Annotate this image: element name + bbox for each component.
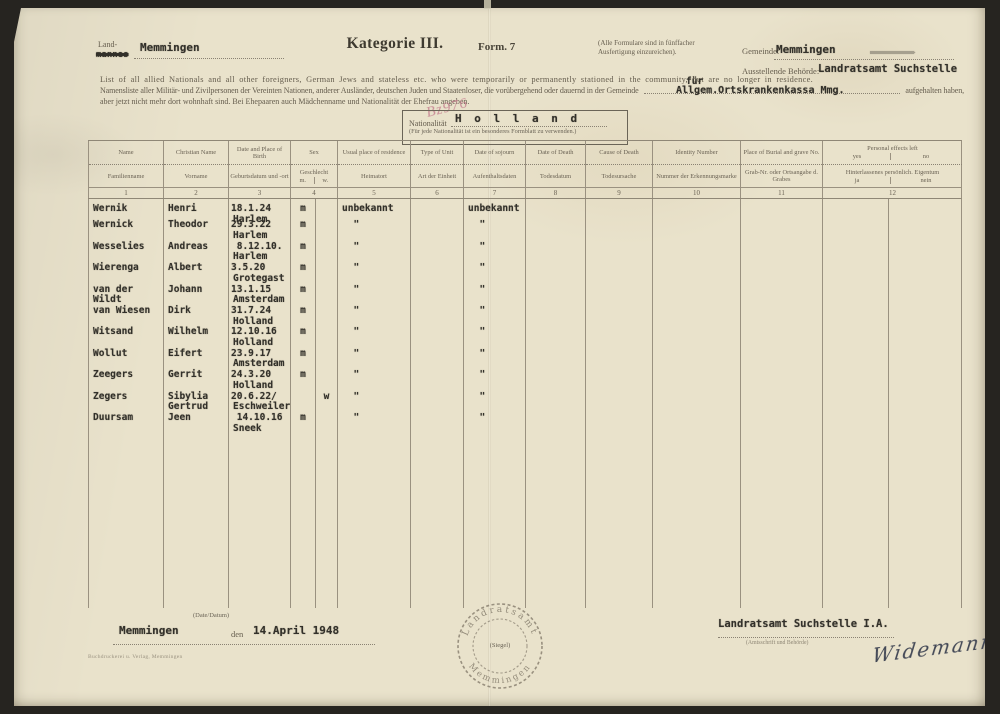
cell-unit: [410, 306, 463, 327]
svg-text:Landratsamt: Landratsamt: [461, 605, 539, 637]
cell-birth: 23.9.17Amsterdam: [228, 349, 290, 370]
cell-birth: 12.10.16Holland: [228, 327, 290, 348]
cell-unit: [410, 349, 463, 370]
cell-sojourn: ": [463, 263, 525, 284]
col-sex-de: Geschlecht m. w.: [291, 164, 337, 187]
cell-sojourn: ": [463, 242, 525, 263]
cell-sex-w: [315, 349, 337, 370]
cell-sex-w: w: [315, 392, 337, 413]
cell-burial: [740, 285, 822, 306]
cell-birth: 13.1.15Amsterdam: [228, 285, 290, 306]
cell-effects-no: [888, 327, 962, 348]
table-row: Wollut Eifert 23.9.17Amsterdam m " ": [88, 349, 961, 370]
cell-vorname: Albert: [163, 263, 228, 284]
col-identity: Identity Number Nummer der Erkennungsmar…: [652, 141, 740, 198]
copies-note: (Alle Formulare sind in fünffacher Ausfe…: [598, 39, 748, 56]
cell-sex-m: m: [290, 220, 315, 241]
cell-death-cause: [585, 242, 652, 263]
effects-subheader-de: ja nein: [824, 177, 961, 184]
printer-imprint: Buchdruckerei u. Verlag, Memmingen: [88, 654, 183, 660]
table-filler: [88, 434, 961, 608]
cell-residence: ": [337, 327, 410, 348]
empty-cell: [290, 434, 315, 608]
col-name: Name Familienname 1: [88, 141, 163, 198]
cell-sojourn: ": [463, 413, 525, 434]
table-row: Wesselies Andreas 8.12.10.Harlem m " ": [88, 242, 961, 263]
gemeinde-value: Memmingen: [776, 43, 836, 56]
cell-sojourn: ": [463, 306, 525, 327]
empty-cell: [822, 434, 888, 608]
cell-effects-yes: [822, 392, 888, 413]
cell-death-cause: [585, 349, 652, 370]
typed-krankenkasse-overlay: Allgem.Ortskrankenkassa Mmg.: [676, 85, 845, 96]
cell-sex-w: [315, 370, 337, 391]
cell-sex-m: m: [290, 263, 315, 284]
date-caption: (Date/Datum): [193, 612, 229, 619]
table-row: Duursam Jeen 14.10.16Sneek m " ": [88, 413, 961, 434]
land-struck-text: mannes: [96, 50, 129, 60]
cell-vorname: Eifert: [163, 349, 228, 370]
cell-death-cause: [585, 413, 652, 434]
effects-subheader-en: yes no: [824, 153, 961, 160]
col-death-cause: Cause of Death Todesursache 9: [585, 141, 652, 198]
cell-unit: [410, 370, 463, 391]
cell-effects-no: [888, 220, 962, 241]
cell-sex-m: m: [290, 327, 315, 348]
cell-death-cause: [585, 220, 652, 241]
col-effects-en: Personal effects left yes no: [823, 141, 962, 164]
cell-unit: [410, 242, 463, 263]
cell-effects-yes: [822, 349, 888, 370]
cell-unit: [410, 413, 463, 434]
cell-death-date: [525, 220, 585, 241]
col-effects-de: Hinterlassenes persönlich. Eigentum ja n…: [823, 164, 962, 187]
cell-sex-m: m: [290, 285, 315, 306]
empty-cell: [740, 434, 822, 608]
cell-death-date: [525, 327, 585, 348]
cell-identity: [652, 327, 740, 348]
scanned-document: Land- mannes Memmingen Kategorie III. Fo…: [0, 0, 1000, 714]
cell-burial: [740, 242, 822, 263]
cell-death-date: [525, 263, 585, 284]
signature-dotted-line: [718, 636, 894, 638]
cell-vorname: Gerrit: [163, 370, 228, 391]
cell-birth: 8.12.10.Harlem: [228, 242, 290, 263]
empty-cell: [585, 434, 652, 608]
cell-burial: [740, 263, 822, 284]
cell-unit: [410, 263, 463, 284]
gemeinde-label: Gemeinde:: [742, 46, 779, 56]
col-sex: Sex Geschlecht m. w. 4: [290, 141, 337, 198]
nationality-value: H o l l a n d: [455, 112, 580, 125]
col-sojourn: Date of sojourn Aufenthaltsdaten 7: [463, 141, 525, 198]
cell-sex-w: [315, 327, 337, 348]
intro-line-de-2: aber jetzt nicht mehr dort wohnhaft sind…: [100, 97, 469, 106]
col-effects: Personal effects left yes no Hinterlasse…: [822, 141, 962, 198]
cell-unit: [410, 220, 463, 241]
intro-line-de-start: Namensliste aller Militär- und Zivilpers…: [100, 85, 639, 96]
cell-identity: [652, 242, 740, 263]
cell-sojourn: ": [463, 370, 525, 391]
cell-residence: ": [337, 392, 410, 413]
col-residence: Usual place of residence Heimatort 5: [337, 141, 410, 198]
cell-effects-no: [888, 306, 962, 327]
cell-death-cause: [585, 306, 652, 327]
cell-burial: [740, 327, 822, 348]
cell-effects-no: [888, 349, 962, 370]
cell-identity: [652, 370, 740, 391]
signer-typed: Landratsamt Suchstelle I.A.: [718, 618, 889, 630]
table-row: Wernick Theodor 29.3.22Harlem m " ": [88, 220, 961, 241]
cell-sex-m: m: [290, 306, 315, 327]
stamp-arc-bottom: Memmingen: [466, 662, 533, 687]
cell-death-date: [525, 306, 585, 327]
table-row: van Wiesen Dirk 31.7.24Holland m " ": [88, 306, 961, 327]
sex-subheader: m. w.: [292, 177, 336, 184]
cell-effects-yes: [822, 306, 888, 327]
cell-identity: [652, 413, 740, 434]
stamp-arc-top: Landratsamt: [461, 605, 539, 637]
intro-line-en: List of all allied Nationals and all oth…: [100, 74, 964, 85]
cell-sex-m: m: [290, 242, 315, 263]
table-row: Wierenga Albert 3.5.20Grotegast m " ": [88, 263, 961, 284]
cell-death-date: [525, 370, 585, 391]
empty-cell: [525, 434, 585, 608]
empty-cell: [888, 434, 962, 608]
cell-unit: [410, 285, 463, 306]
empty-cell: [88, 434, 163, 608]
empty-cell: [337, 434, 410, 608]
cell-burial: [740, 392, 822, 413]
cell-effects-yes: [822, 220, 888, 241]
cell-death-cause: [585, 392, 652, 413]
cell-effects-yes: [822, 263, 888, 284]
cell-residence: ": [337, 306, 410, 327]
cell-sojourn: ": [463, 349, 525, 370]
table-header: Name Familienname 1 Christian Name Vorna…: [88, 140, 962, 199]
cell-birth: 14.10.16Sneek: [228, 413, 290, 434]
cell-effects-no: [888, 370, 962, 391]
cell-sex-m: m: [290, 370, 315, 391]
cell-effects-no: [888, 263, 962, 284]
table-row: Witsand Wilhelm 12.10.16Holland m " ": [88, 327, 961, 348]
form-number: Form. 7: [478, 41, 515, 53]
cell-residence: ": [337, 349, 410, 370]
land-value: Memmingen: [140, 41, 200, 54]
cell-effects-yes: [822, 370, 888, 391]
cell-residence: ": [337, 220, 410, 241]
cell-vorname: Wilhelm: [163, 327, 228, 348]
empty-cell: [228, 434, 290, 608]
cell-identity: [652, 285, 740, 306]
cell-vorname: Jeen: [163, 413, 228, 434]
cell-vorname: Andreas: [163, 242, 228, 263]
page-title: Kategorie III.: [310, 35, 480, 53]
cell-burial: [740, 349, 822, 370]
footer-place: Memmingen: [119, 624, 179, 637]
cell-burial: [740, 370, 822, 391]
cell-sex-w: [315, 220, 337, 241]
cell-sex-w: [315, 306, 337, 327]
date-line: Memmingen den 14.April 1948: [113, 622, 375, 645]
signer-caption: (Amtsschrift und Behörde): [746, 640, 808, 646]
cell-sex-m: m: [290, 349, 315, 370]
intro-line-de-end: aufgehalten haben,: [905, 85, 964, 96]
nationality-dotted-line: [451, 125, 607, 127]
cell-sojourn: ": [463, 327, 525, 348]
cell-familienname: van Wiesen: [88, 306, 163, 327]
cell-identity: [652, 392, 740, 413]
cell-sojourn: ": [463, 285, 525, 306]
roster-table: Name Familienname 1 Christian Name Vorna…: [88, 140, 962, 608]
cell-sex-w: [315, 285, 337, 306]
land-label: Land-: [98, 41, 117, 49]
col-christian-name: Christian Name Vorname 2: [163, 141, 228, 198]
scan-edge-notch: [484, 0, 491, 9]
nationality-label: Nationalität: [409, 119, 447, 128]
land-dotted-line: [134, 57, 284, 59]
cell-effects-no: [888, 392, 962, 413]
cell-death-cause: [585, 285, 652, 306]
cell-effects-no: [888, 242, 962, 263]
gemeinde-struck-text: ––––––––––: [870, 48, 914, 58]
cell-effects-no: [888, 413, 962, 434]
cell-vorname: Theodor: [163, 220, 228, 241]
empty-cell: [315, 434, 337, 608]
cell-birth: 20.6.22/Eschweiler: [228, 392, 290, 413]
cell-identity: [652, 306, 740, 327]
col-unit: Type of Unit Art der Einheit 6: [410, 141, 463, 198]
official-stamp: Landratsamt Memmingen (Siegel): [450, 596, 550, 696]
cell-sex-m: [290, 392, 315, 413]
col-birth: Date and Place of Birth Geburtsdatum und…: [228, 141, 290, 198]
cell-death-date: [525, 392, 585, 413]
cell-familienname: Wernick: [88, 220, 163, 241]
cell-death-cause: [585, 327, 652, 348]
cell-sex-w: [315, 242, 337, 263]
cell-effects-yes: [822, 285, 888, 306]
cell-effects-no: [888, 285, 962, 306]
cell-vorname: Dirk: [163, 306, 228, 327]
empty-cell: [163, 434, 228, 608]
svg-text:Memmingen: Memmingen: [466, 662, 533, 687]
cell-familienname: Zegers: [88, 392, 163, 413]
cell-residence: ": [337, 413, 410, 434]
cell-death-date: [525, 413, 585, 434]
cell-identity: [652, 220, 740, 241]
cell-residence: ": [337, 285, 410, 306]
cell-identity: [652, 263, 740, 284]
cell-residence: ": [337, 242, 410, 263]
cell-unit: [410, 392, 463, 413]
empty-cell: [463, 434, 525, 608]
cell-vorname: Johann: [163, 285, 228, 306]
cell-effects-yes: [822, 413, 888, 434]
table-row: Wernik Henri 18.1.24Harlem m unbekannt u…: [88, 199, 961, 220]
footer-date: 14.April 1948: [253, 624, 339, 637]
gemeinde-dotted-line: [774, 58, 954, 60]
cell-unit: [410, 327, 463, 348]
table-row: van der Wildt Johann 13.1.15Amsterdam m …: [88, 285, 961, 306]
cell-birth: 24.3.20Holland: [228, 370, 290, 391]
table-row: Zeegers Gerrit 24.3.20Holland m " ": [88, 370, 961, 391]
cell-residence: ": [337, 370, 410, 391]
empty-cell: [410, 434, 463, 608]
cell-sex-m: m: [290, 413, 315, 434]
cell-birth: 31.7.24Holland: [228, 306, 290, 327]
cell-sex-w: [315, 263, 337, 284]
paper-sheet: Land- mannes Memmingen Kategorie III. Fo…: [14, 8, 985, 706]
siegel-label: (Siegel): [450, 642, 550, 649]
cell-burial: [740, 306, 822, 327]
cell-familienname: Duursam: [88, 413, 163, 434]
den-label: den: [231, 629, 243, 639]
cell-familienname: Zeegers: [88, 370, 163, 391]
cell-familienname: van der Wildt: [88, 285, 163, 306]
empty-cell: [652, 434, 740, 608]
table-body: Wernik Henri 18.1.24Harlem m unbekannt u…: [88, 199, 962, 608]
cell-burial: [740, 220, 822, 241]
cell-familienname: Wollut: [88, 349, 163, 370]
nationality-note: (Für jede Nationalität ist ein besondere…: [409, 128, 576, 135]
cell-identity: [652, 349, 740, 370]
cell-effects-yes: [822, 242, 888, 263]
cell-sojourn: ": [463, 392, 525, 413]
handwritten-signature: Widemann: [871, 628, 997, 668]
cell-familienname: Wierenga: [88, 263, 163, 284]
cell-death-cause: [585, 370, 652, 391]
cell-death-date: [525, 349, 585, 370]
cell-effects-yes: [822, 327, 888, 348]
cell-residence: ": [337, 263, 410, 284]
cell-familienname: Wesselies: [88, 242, 163, 263]
cell-birth: 29.3.22Harlem: [228, 220, 290, 241]
cell-vorname: Sibylia Gertrud: [163, 392, 228, 413]
cell-burial: [740, 413, 822, 434]
cell-death-date: [525, 242, 585, 263]
table-row: Zegers Sibylia Gertrud 20.6.22/Eschweile…: [88, 392, 961, 413]
col-death-date: Date of Death Todesdatum 8: [525, 141, 585, 198]
cell-death-date: [525, 285, 585, 306]
cell-familienname: Witsand: [88, 327, 163, 348]
cell-sex-w: [315, 413, 337, 434]
cell-birth: 3.5.20Grotegast: [228, 263, 290, 284]
cell-death-cause: [585, 263, 652, 284]
col-burial: Place of Burial and grave No. Grab-Nr. o…: [740, 141, 822, 198]
cell-sojourn: ": [463, 220, 525, 241]
